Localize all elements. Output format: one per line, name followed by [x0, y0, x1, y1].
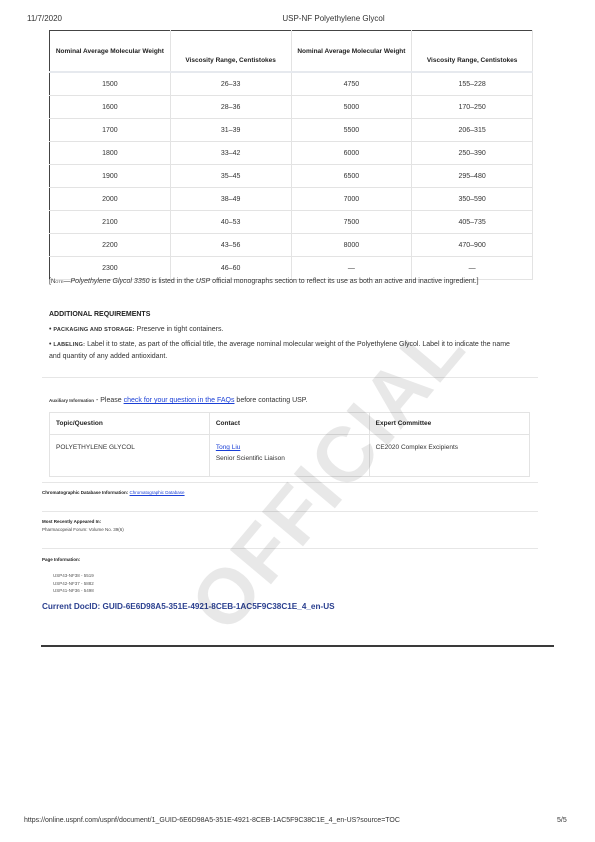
viscosity-cell: 295–480	[412, 165, 533, 188]
print-title-text: USP-NF Polyethylene Glycol	[282, 14, 384, 23]
print-footer-page: 5/5	[557, 817, 567, 824]
mw-cell: 1500	[50, 72, 171, 96]
requirement-label: Labeling:	[53, 342, 85, 348]
chromatographic-info: Chromatographic Database Information: Ch…	[42, 490, 185, 495]
mw-cell: 5500	[291, 119, 412, 142]
table-row: 210040–537500405–735	[50, 211, 533, 234]
mw-cell: 2100	[50, 211, 171, 234]
requirement-label: Packaging and Storage:	[53, 327, 134, 333]
contact-title: Senior Scientific Liaison	[216, 455, 285, 462]
table-row: 160028–365000170–250	[50, 96, 533, 119]
note-text-1: is listed in the	[150, 278, 196, 285]
mw-cell: 7000	[291, 188, 412, 211]
note-text-2: official monographs section to reflect i…	[210, 278, 478, 285]
requirement-text: Preserve in tight containers.	[135, 326, 224, 333]
header-mw-1: Nominal Average Molecular Weight	[50, 31, 171, 73]
viscosity-cell: 40–53	[170, 211, 291, 234]
chromatographic-database-link[interactable]: Chromatographic Database	[130, 490, 185, 495]
table-row: 170031–395500206–315	[50, 119, 533, 142]
viscosity-table-body: 150026–334750155–228160028–365000170–250…	[50, 72, 533, 280]
viscosity-cell: 206–315	[412, 119, 533, 142]
contact-cell: Tong Liu Senior Scientific Liaison	[209, 435, 369, 477]
page-information-label: Page Information:	[42, 557, 80, 562]
mw-cell: 2000	[50, 188, 171, 211]
table-row: 190035–456500295–480	[50, 165, 533, 188]
divider	[42, 548, 538, 549]
auxiliary-suffix: before contacting USP.	[234, 397, 307, 404]
chromatographic-label: Chromatographic Database Information:	[42, 490, 128, 495]
note-label: Note	[51, 279, 64, 285]
header-mw-2: Nominal Average Molecular Weight	[291, 31, 412, 73]
viscosity-cell: 405–735	[412, 211, 533, 234]
mw-cell: 1900	[50, 165, 171, 188]
mw-cell: 6500	[291, 165, 412, 188]
auxiliary-table: Topic/Question Contact Expert Committee …	[49, 412, 530, 477]
contact-name-link[interactable]: Tong Liu	[216, 444, 241, 451]
mw-cell: 2200	[50, 234, 171, 257]
viscosity-table-header: Nominal Average Molecular Weight Viscosi…	[50, 31, 533, 73]
mw-cell: 6000	[291, 142, 412, 165]
viscosity-cell: 155–228	[412, 72, 533, 96]
divider	[42, 377, 538, 378]
viscosity-cell: 170–250	[412, 96, 533, 119]
requirement-labeling: • Labeling: Label it to state, as part o…	[49, 339, 519, 363]
mw-cell: 1700	[50, 119, 171, 142]
mw-cell: 8000	[291, 234, 412, 257]
header-committee: Expert Committee	[369, 413, 529, 435]
table-row: 150026–334750155–228	[50, 72, 533, 96]
requirement-text: Label it to state, as part of the offici…	[49, 341, 510, 360]
table-row: 200038–497000350–590	[50, 188, 533, 211]
table-row: 180033–426000250–390	[50, 142, 533, 165]
auxiliary-label: Auxiliary Information	[49, 398, 94, 403]
viscosity-cell: 28–36	[170, 96, 291, 119]
divider	[42, 482, 538, 483]
viscosity-cell: 250–390	[412, 142, 533, 165]
note-dash: —	[64, 278, 71, 285]
most-recent-label: Most Recently Appeared In:	[42, 519, 101, 524]
mw-cell: 4750	[291, 72, 412, 96]
print-title: USP-NF Polyethylene Glycol	[0, 14, 595, 23]
page-information-list: USP43-NF38 - 5519 USP42-NF37 - 5882 USP4…	[53, 572, 94, 595]
auxiliary-table-header: Topic/Question Contact Expert Committee	[50, 413, 530, 435]
auxiliary-information: Auxiliary Information - Please check for…	[49, 397, 308, 404]
mw-cell: 1800	[50, 142, 171, 165]
table-row: 220043–568000470–900	[50, 234, 533, 257]
committee-cell: CE2020 Complex Excipients	[369, 435, 529, 477]
note-paragraph: [Note—Polyethylene Glycol 3350 is listed…	[49, 276, 519, 288]
viscosity-cell: 35–45	[170, 165, 291, 188]
page-information-item: USP43-NF38 - 5519	[53, 572, 94, 580]
topic-cell: POLYETHYLENE GLYCOL	[50, 435, 210, 477]
divider	[42, 511, 538, 512]
header-viscosity-1: Viscosity Range, Centistokes	[170, 31, 291, 73]
note-product-name: Polyethylene Glycol 3350	[71, 278, 150, 285]
viscosity-table: Nominal Average Molecular Weight Viscosi…	[49, 30, 533, 280]
viscosity-cell: 38–49	[170, 188, 291, 211]
faq-link[interactable]: check for your question in the FAQs	[124, 397, 235, 404]
viscosity-cell: 470–900	[412, 234, 533, 257]
current-doc-id: Current DocID: GUID-6E6D98A5-351E-4921-8…	[42, 602, 335, 611]
viscosity-cell: 350–590	[412, 188, 533, 211]
mw-cell: 5000	[291, 96, 412, 119]
mw-cell: 7500	[291, 211, 412, 234]
horizontal-rule	[41, 645, 554, 647]
viscosity-cell: 26–33	[170, 72, 291, 96]
viscosity-cell: 33–42	[170, 142, 291, 165]
header-contact: Contact	[209, 413, 369, 435]
header-viscosity-2: Viscosity Range, Centistokes	[412, 31, 533, 73]
additional-requirements-heading: ADDITIONAL REQUIREMENTS	[49, 311, 150, 318]
page-information-item: USP41-NF36 - 5498	[53, 587, 94, 595]
header-topic: Topic/Question	[50, 413, 210, 435]
requirement-packaging: • Packaging and Storage: Preserve in tig…	[49, 324, 519, 336]
viscosity-cell: 43–56	[170, 234, 291, 257]
table-row: POLYETHYLENE GLYCOL Tong Liu Senior Scie…	[50, 435, 530, 477]
most-recent-value: Pharmacopeial Forum: Volume No. 39(6)	[42, 527, 124, 532]
page-information-item: USP42-NF37 - 5882	[53, 580, 94, 588]
print-footer-url: https://online.uspnf.com/uspnf/document/…	[24, 817, 400, 824]
auxiliary-prefix: - Please	[94, 397, 124, 404]
note-usp: USP	[196, 278, 210, 285]
mw-cell: 1600	[50, 96, 171, 119]
viscosity-cell: 31–39	[170, 119, 291, 142]
